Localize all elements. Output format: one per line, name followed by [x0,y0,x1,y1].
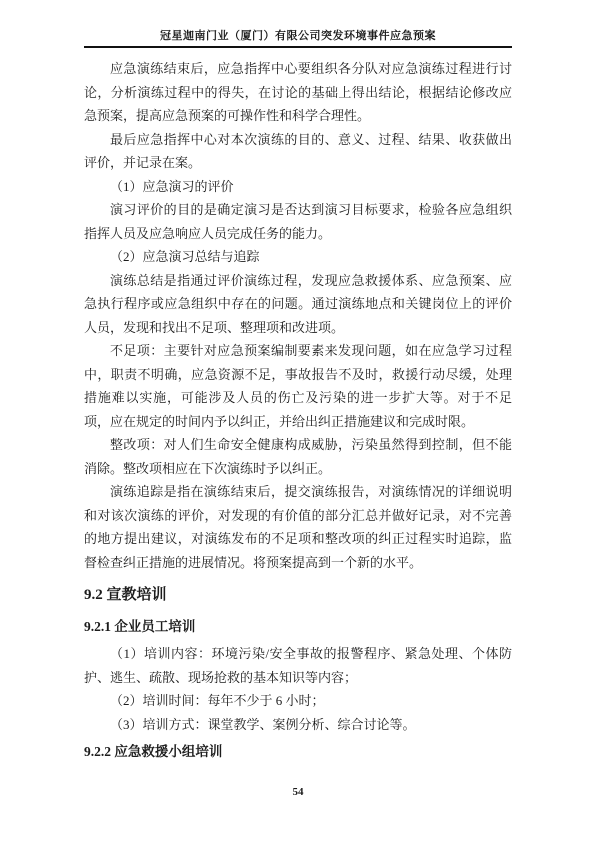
paragraph: 演练追踪是指在演练结束后，提交演练报告，对演练情况的详细说明和对该次演练的评价，… [84,480,512,574]
page-number: 54 [293,786,304,798]
list-item: （1）应急演习的评价 [84,175,512,199]
paragraph: 演习评价的目的是确定演习是否达到演习目标要求，检验各应急组织指挥人员及应急响应人… [84,198,512,245]
page-header: 冠星迦南门业（厦门）有限公司突发环境事件应急预案 [84,27,512,48]
list-item: （2）培训时间：每年不少于 6 小时； [84,689,512,713]
paragraph: 整改项：对人们生命安全健康构成威胁，污染虽然得到控制，但不能消除。整改项相应在下… [84,433,512,480]
list-item: （3）培训方式：课堂教学、案例分析、综合讨论等。 [84,713,512,737]
paragraph: 演练总结是指通过评价演练过程，发现应急救援体系、应急预案、应急执行程序或应急组织… [84,269,512,340]
paragraph: 不足项：主要针对应急预案编制要素来发现问题，如在应急学习过程中，职责不明确，应急… [84,339,512,433]
subsection-heading: 9.2.1 企业员工培训 [84,617,512,636]
subsection-heading: 9.2.2 应急救援小组培训 [84,742,512,761]
section-heading: 9.2 宣教培训 [84,585,512,605]
document-title: 冠星迦南门业（厦门）有限公司突发环境事件应急预案 [160,30,436,42]
document-body: 应急演练结束后，应急指挥中心要组织各分队对应急演练过程进行讨论，分析演练过程中的… [84,48,512,761]
document-page: 冠星迦南门业（厦门）有限公司突发环境事件应急预案 应急演练结束后，应急指挥中心要… [0,0,596,843]
page-footer: 54 [0,786,596,798]
paragraph: 应急演练结束后，应急指挥中心要组织各分队对应急演练过程进行讨论，分析演练过程中的… [84,57,512,128]
list-item: （2）应急演习总结与追踪 [84,245,512,269]
list-item: （1）培训内容：环境污染/安全事故的报警程序、紧急处理、个体防护、逃生、疏散、现… [84,642,512,689]
paragraph: 最后应急指挥中心对本次演练的目的、意义、过程、结果、收获做出评价，并记录在案。 [84,128,512,175]
